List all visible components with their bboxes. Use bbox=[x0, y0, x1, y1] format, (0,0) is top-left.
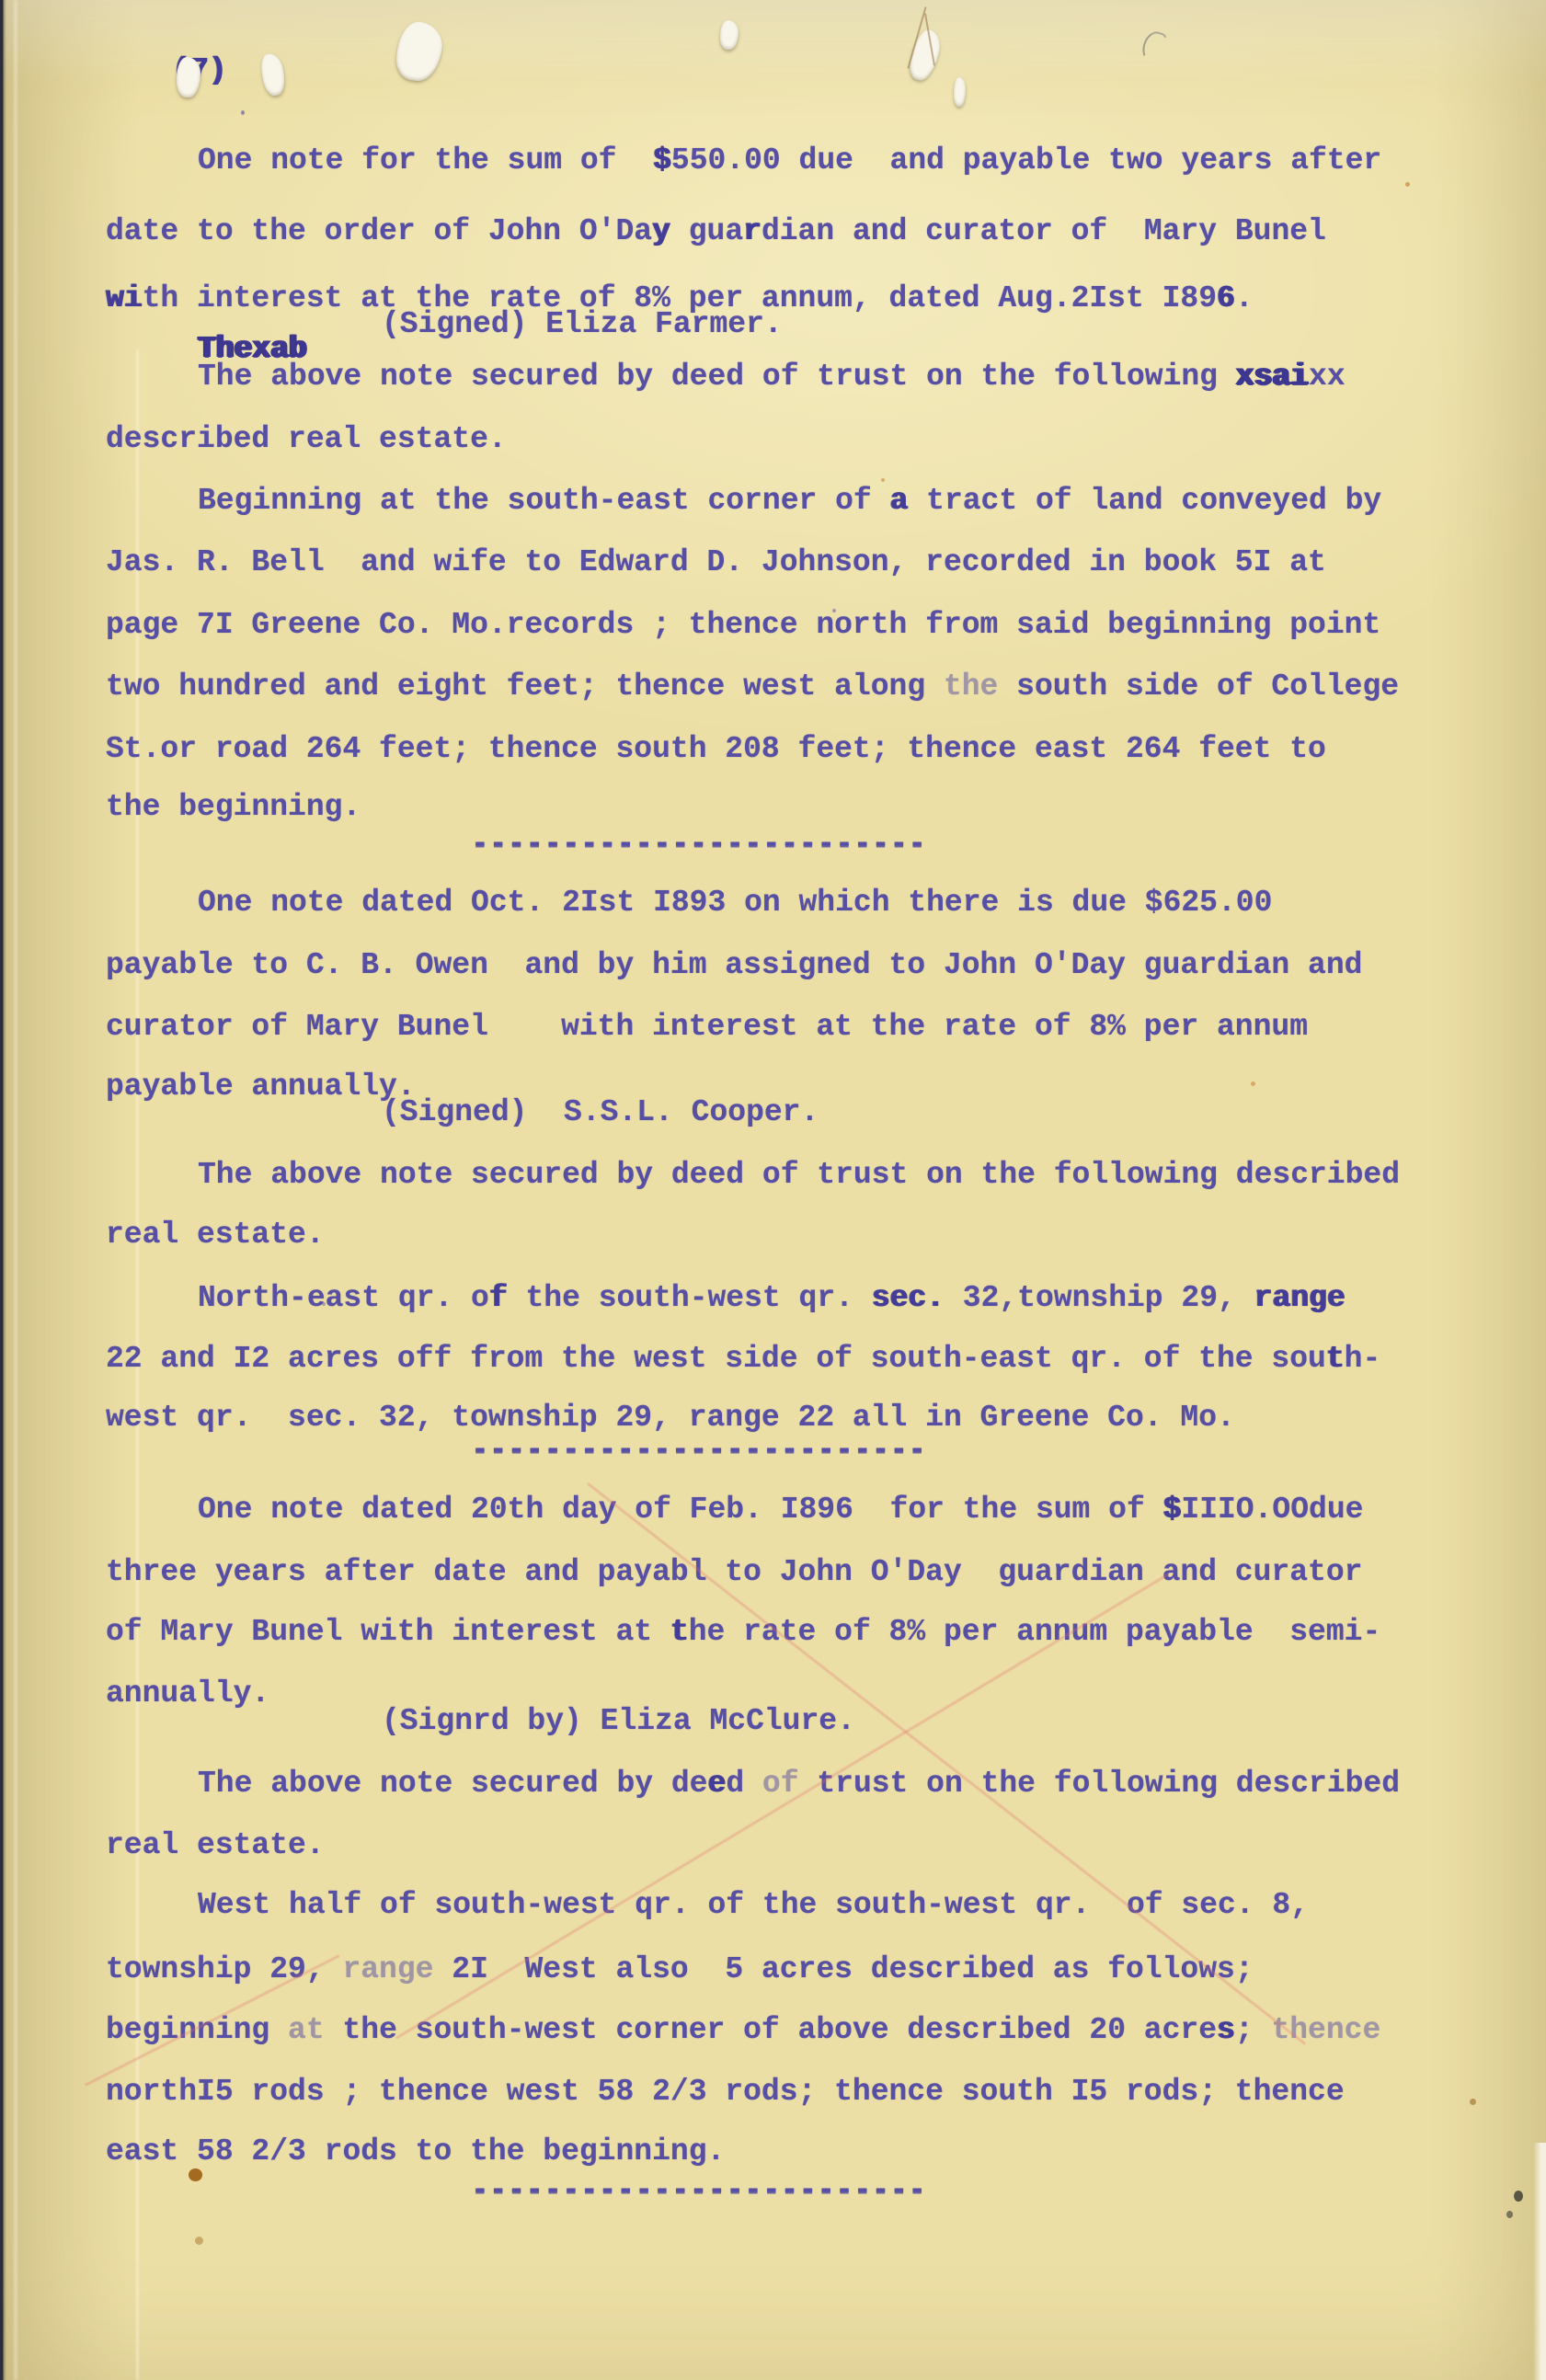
document-line: St.or road 264 feet; thence south 208 fe… bbox=[106, 731, 1326, 768]
text-run: trust on the following described bbox=[799, 1767, 1401, 1801]
document-line: (Signrd by) Eliza McClure. bbox=[382, 1703, 855, 1740]
scan-edge-shadow bbox=[0, 0, 6, 2380]
document-line: One note dated 20th day of Feb. I896 for… bbox=[198, 1492, 1363, 1528]
text-run: s bbox=[1217, 2013, 1235, 2047]
text-run: North-east qr. o bbox=[198, 1281, 489, 1315]
document-page: (7) One note for the sum of $550.00 due … bbox=[0, 0, 1546, 2380]
text-run: range bbox=[342, 1952, 433, 1986]
paper-crease bbox=[14, 0, 17, 2380]
typed-divider: ------------------------- bbox=[471, 2172, 926, 2209]
text-run: r bbox=[743, 214, 762, 248]
text-run: the south-west qr. bbox=[508, 1281, 872, 1315]
text-run: beginning bbox=[106, 2013, 288, 2047]
text-run: ------------------------- bbox=[471, 827, 926, 861]
text-run: page 7I Greene Co. Mo.records ; thence n… bbox=[106, 608, 1380, 642]
document-line: township 29, range 2I West also 5 acres … bbox=[106, 1951, 1254, 1988]
text-run: xsai bbox=[1236, 360, 1309, 394]
document-line: described real estate. bbox=[106, 421, 507, 458]
text-run: described real estate. bbox=[106, 422, 507, 456]
text-run: e bbox=[708, 1767, 727, 1801]
document-line: The above note secured by deed of trust … bbox=[198, 1157, 1400, 1194]
text-run: the south-west corner of above described… bbox=[325, 2013, 1217, 2047]
text-run: $ bbox=[1163, 1493, 1182, 1527]
text-run: Jas. R. Bell and wife to Edward D. Johns… bbox=[106, 545, 1326, 579]
text-run: northI5 rods ; thence west 58 2/3 rods; … bbox=[106, 2075, 1345, 2109]
text-run: xx bbox=[1309, 360, 1346, 394]
text-run: three years after date and payabl to Joh… bbox=[106, 1555, 1362, 1589]
text-run: at bbox=[288, 2013, 325, 2047]
document-line: 22 and I2 acres off from the west side o… bbox=[106, 1341, 1380, 1378]
text-run: gua bbox=[670, 214, 743, 248]
text-run: a bbox=[890, 484, 909, 518]
text-run: west qr. sec. 32, township 29, range 22 … bbox=[106, 1401, 1235, 1435]
document-line: annually. bbox=[106, 1676, 269, 1712]
text-run: south side of College bbox=[998, 669, 1399, 704]
ink-speck bbox=[322, 1302, 326, 1306]
stain bbox=[1470, 2099, 1476, 2105]
text-run: curator of Mary Bunel with interest at t… bbox=[106, 1010, 1308, 1044]
text-run: y bbox=[652, 214, 670, 248]
document-line: (Signed) S.S.L. Cooper. bbox=[382, 1094, 819, 1131]
text-run: annually. bbox=[106, 1676, 269, 1711]
document-line: One note for the sum of $550.00 due and … bbox=[198, 143, 1381, 179]
text-run: date to the order of John O'Da bbox=[106, 214, 652, 248]
text-run: 550.00 due and payable two years after bbox=[671, 143, 1381, 177]
text-run: of Mary Bunel with interest at bbox=[106, 1615, 670, 1649]
document-line: page 7I Greene Co. Mo.records ; thence n… bbox=[106, 607, 1380, 644]
text-run: ------------------------- bbox=[471, 1433, 926, 1467]
paper-damage bbox=[177, 57, 200, 97]
stain bbox=[1405, 182, 1410, 187]
text-run: IIIO.OOdue bbox=[1181, 1493, 1363, 1527]
text-run: (Signed) S.S.L. Cooper. bbox=[382, 1095, 819, 1129]
document-line: two hundred and eight feet; thence west … bbox=[106, 669, 1399, 705]
stain bbox=[1514, 2191, 1523, 2202]
text-run: the bbox=[944, 669, 998, 704]
document-line: payable to C. B. Owen and by him assigne… bbox=[106, 947, 1362, 984]
text-run: One note dated 20th day of Feb. I896 for… bbox=[198, 1493, 1163, 1527]
text-run: f bbox=[489, 1281, 508, 1315]
document-line: One note dated Oct. 2Ist I893 on which t… bbox=[198, 885, 1272, 921]
document-line: (Signed) Eliza Farmer. bbox=[382, 306, 783, 343]
stain bbox=[189, 2168, 202, 2181]
document-line: real estate. bbox=[106, 1217, 325, 1253]
document-line: west qr. sec. 32, township 29, range 22 … bbox=[106, 1400, 1235, 1436]
stain bbox=[1251, 1081, 1255, 1086]
text-run: St.or road 264 feet; thence south 208 fe… bbox=[106, 732, 1326, 766]
ink-speck bbox=[241, 110, 245, 115]
pencil-mark bbox=[1139, 29, 1169, 65]
text-run: payable annually. bbox=[106, 1070, 416, 1104]
text-run: 6 bbox=[1217, 281, 1235, 315]
text-run: One note for the sum of bbox=[198, 143, 653, 177]
text-run: sec. bbox=[872, 1281, 945, 1315]
document-line: curator of Mary Bunel with interest at t… bbox=[106, 1009, 1308, 1046]
text-run: (Signrd by) Eliza McClure. bbox=[382, 1704, 855, 1738]
paper-damage bbox=[954, 77, 966, 107]
text-run: of bbox=[762, 1767, 799, 1801]
document-line: Jas. R. Bell and wife to Edward D. Johns… bbox=[106, 544, 1326, 581]
text-run: wi bbox=[106, 281, 143, 315]
document-line: date to the order of John O'Day guardian… bbox=[106, 213, 1326, 250]
text-run: dian and curator of Mary Bunel bbox=[762, 214, 1326, 248]
paper-damage bbox=[720, 20, 739, 50]
text-run: (Signed) Eliza Farmer. bbox=[382, 307, 783, 341]
document-line: payable annually. bbox=[106, 1069, 416, 1105]
text-run: $ bbox=[653, 143, 671, 177]
document-line: real estate. bbox=[106, 1827, 325, 1864]
document-line: of Mary Bunel with interest at the rate … bbox=[106, 1614, 1380, 1651]
text-run: t bbox=[670, 1615, 689, 1649]
text-run: range bbox=[1254, 1281, 1346, 1315]
text-run: 2I West also 5 acres described as follow… bbox=[433, 1952, 1253, 1986]
document-line: North-east qr. of the south-west qr. sec… bbox=[198, 1280, 1346, 1317]
text-run: ------------------------- bbox=[471, 2173, 926, 2207]
text-run: ; bbox=[1235, 2013, 1272, 2047]
typed-divider: ------------------------- bbox=[471, 826, 926, 863]
text-run: real estate. bbox=[106, 1828, 325, 1862]
text-run: 32,township 29, bbox=[945, 1281, 1254, 1315]
text-run: 22 and I2 acres off from the west side o… bbox=[106, 1342, 1326, 1376]
text-run: t bbox=[1326, 1342, 1345, 1376]
text-run: the beginning. bbox=[106, 790, 361, 824]
document-line: the beginning. bbox=[106, 789, 361, 826]
paper-edge bbox=[1533, 2143, 1546, 2380]
text-run: The above note secured by deed of trust … bbox=[198, 360, 1236, 394]
document-line: beginning at the south-west corner of ab… bbox=[106, 2012, 1380, 2049]
document-line: The above note secured by deed of trust … bbox=[198, 359, 1346, 395]
text-run: One note dated Oct. 2Ist I893 on which t… bbox=[198, 886, 1272, 920]
stain bbox=[195, 2237, 203, 2245]
text-run: east 58 2/3 rods to the beginning. bbox=[106, 2134, 725, 2168]
document-line: three years after date and payabl to Joh… bbox=[106, 1554, 1362, 1591]
text-run: real estate. bbox=[106, 1218, 325, 1252]
typed-divider: ------------------------- bbox=[471, 1432, 926, 1469]
stain bbox=[1506, 2211, 1513, 2218]
stain bbox=[881, 478, 885, 482]
document-line: northI5 rods ; thence west 58 2/3 rods; … bbox=[106, 2074, 1345, 2111]
ink-speck bbox=[832, 609, 836, 612]
text-run: The above note secured by deed of trust … bbox=[198, 1158, 1400, 1192]
text-run: The above note secured by de bbox=[198, 1767, 708, 1801]
text-run: tract of land conveyed by bbox=[908, 484, 1381, 518]
paper-damage bbox=[258, 51, 288, 97]
text-run: Beginning at the south-east corner of bbox=[198, 484, 890, 518]
document-line: east 58 2/3 rods to the beginning. bbox=[106, 2134, 725, 2170]
paper-damage bbox=[394, 19, 445, 84]
text-run: two hundred and eight feet; thence west … bbox=[106, 669, 944, 704]
text-run: . bbox=[1235, 281, 1254, 315]
text-run: d bbox=[726, 1767, 762, 1801]
text-run: h- bbox=[1345, 1342, 1381, 1376]
text-run: payable to C. B. Owen and by him assigne… bbox=[106, 948, 1362, 982]
document-line: Beginning at the south-east corner of a … bbox=[198, 483, 1381, 520]
